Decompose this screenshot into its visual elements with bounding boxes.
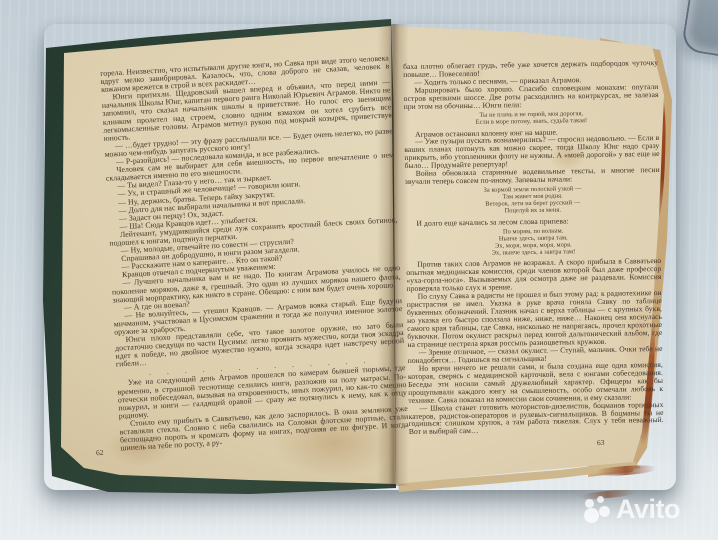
paragraph: И долго еще качались за лесом слова прип… [405,216,660,228]
paragraph: Но врачи ничего не решали сами, и была с… [408,361,664,405]
left-page-text: горела. Неизвестно, что испытывали други… [100,54,409,452]
paragraph: — Школа станет готовить мотористов-дизел… [408,401,663,437]
avito-logo-icon [584,496,611,523]
watermark-label: Avito [616,496,680,523]
paragraph: Маршировать было хорошо. Спасибо соловец… [403,83,658,111]
paragraph: Война обновляла старинные водевильные те… [405,166,660,186]
page-number-left: 62 [96,448,104,457]
open-book: горела. Неизвестно, что испытывали други… [0,0,718,540]
paragraph: По слуху Савка в радисты не прошел и был… [407,289,663,349]
song-verse: По морям, по волнам.Нынче здесь, завтра … [406,227,661,259]
marketplace-photo: горела. Неизвестно, что испытывали други… [0,0,718,540]
song-verse: За кормой земля полоской узкой —Там живе… [405,185,660,217]
right-page-text: баха плотно облегает грудь, тебе уже хоч… [403,59,664,436]
song-verse: Ты не плачь и не горюй, моя дорогая,Если… [404,110,659,128]
page-number-right: 63 [597,438,605,447]
avito-watermark: Avito [584,496,680,523]
